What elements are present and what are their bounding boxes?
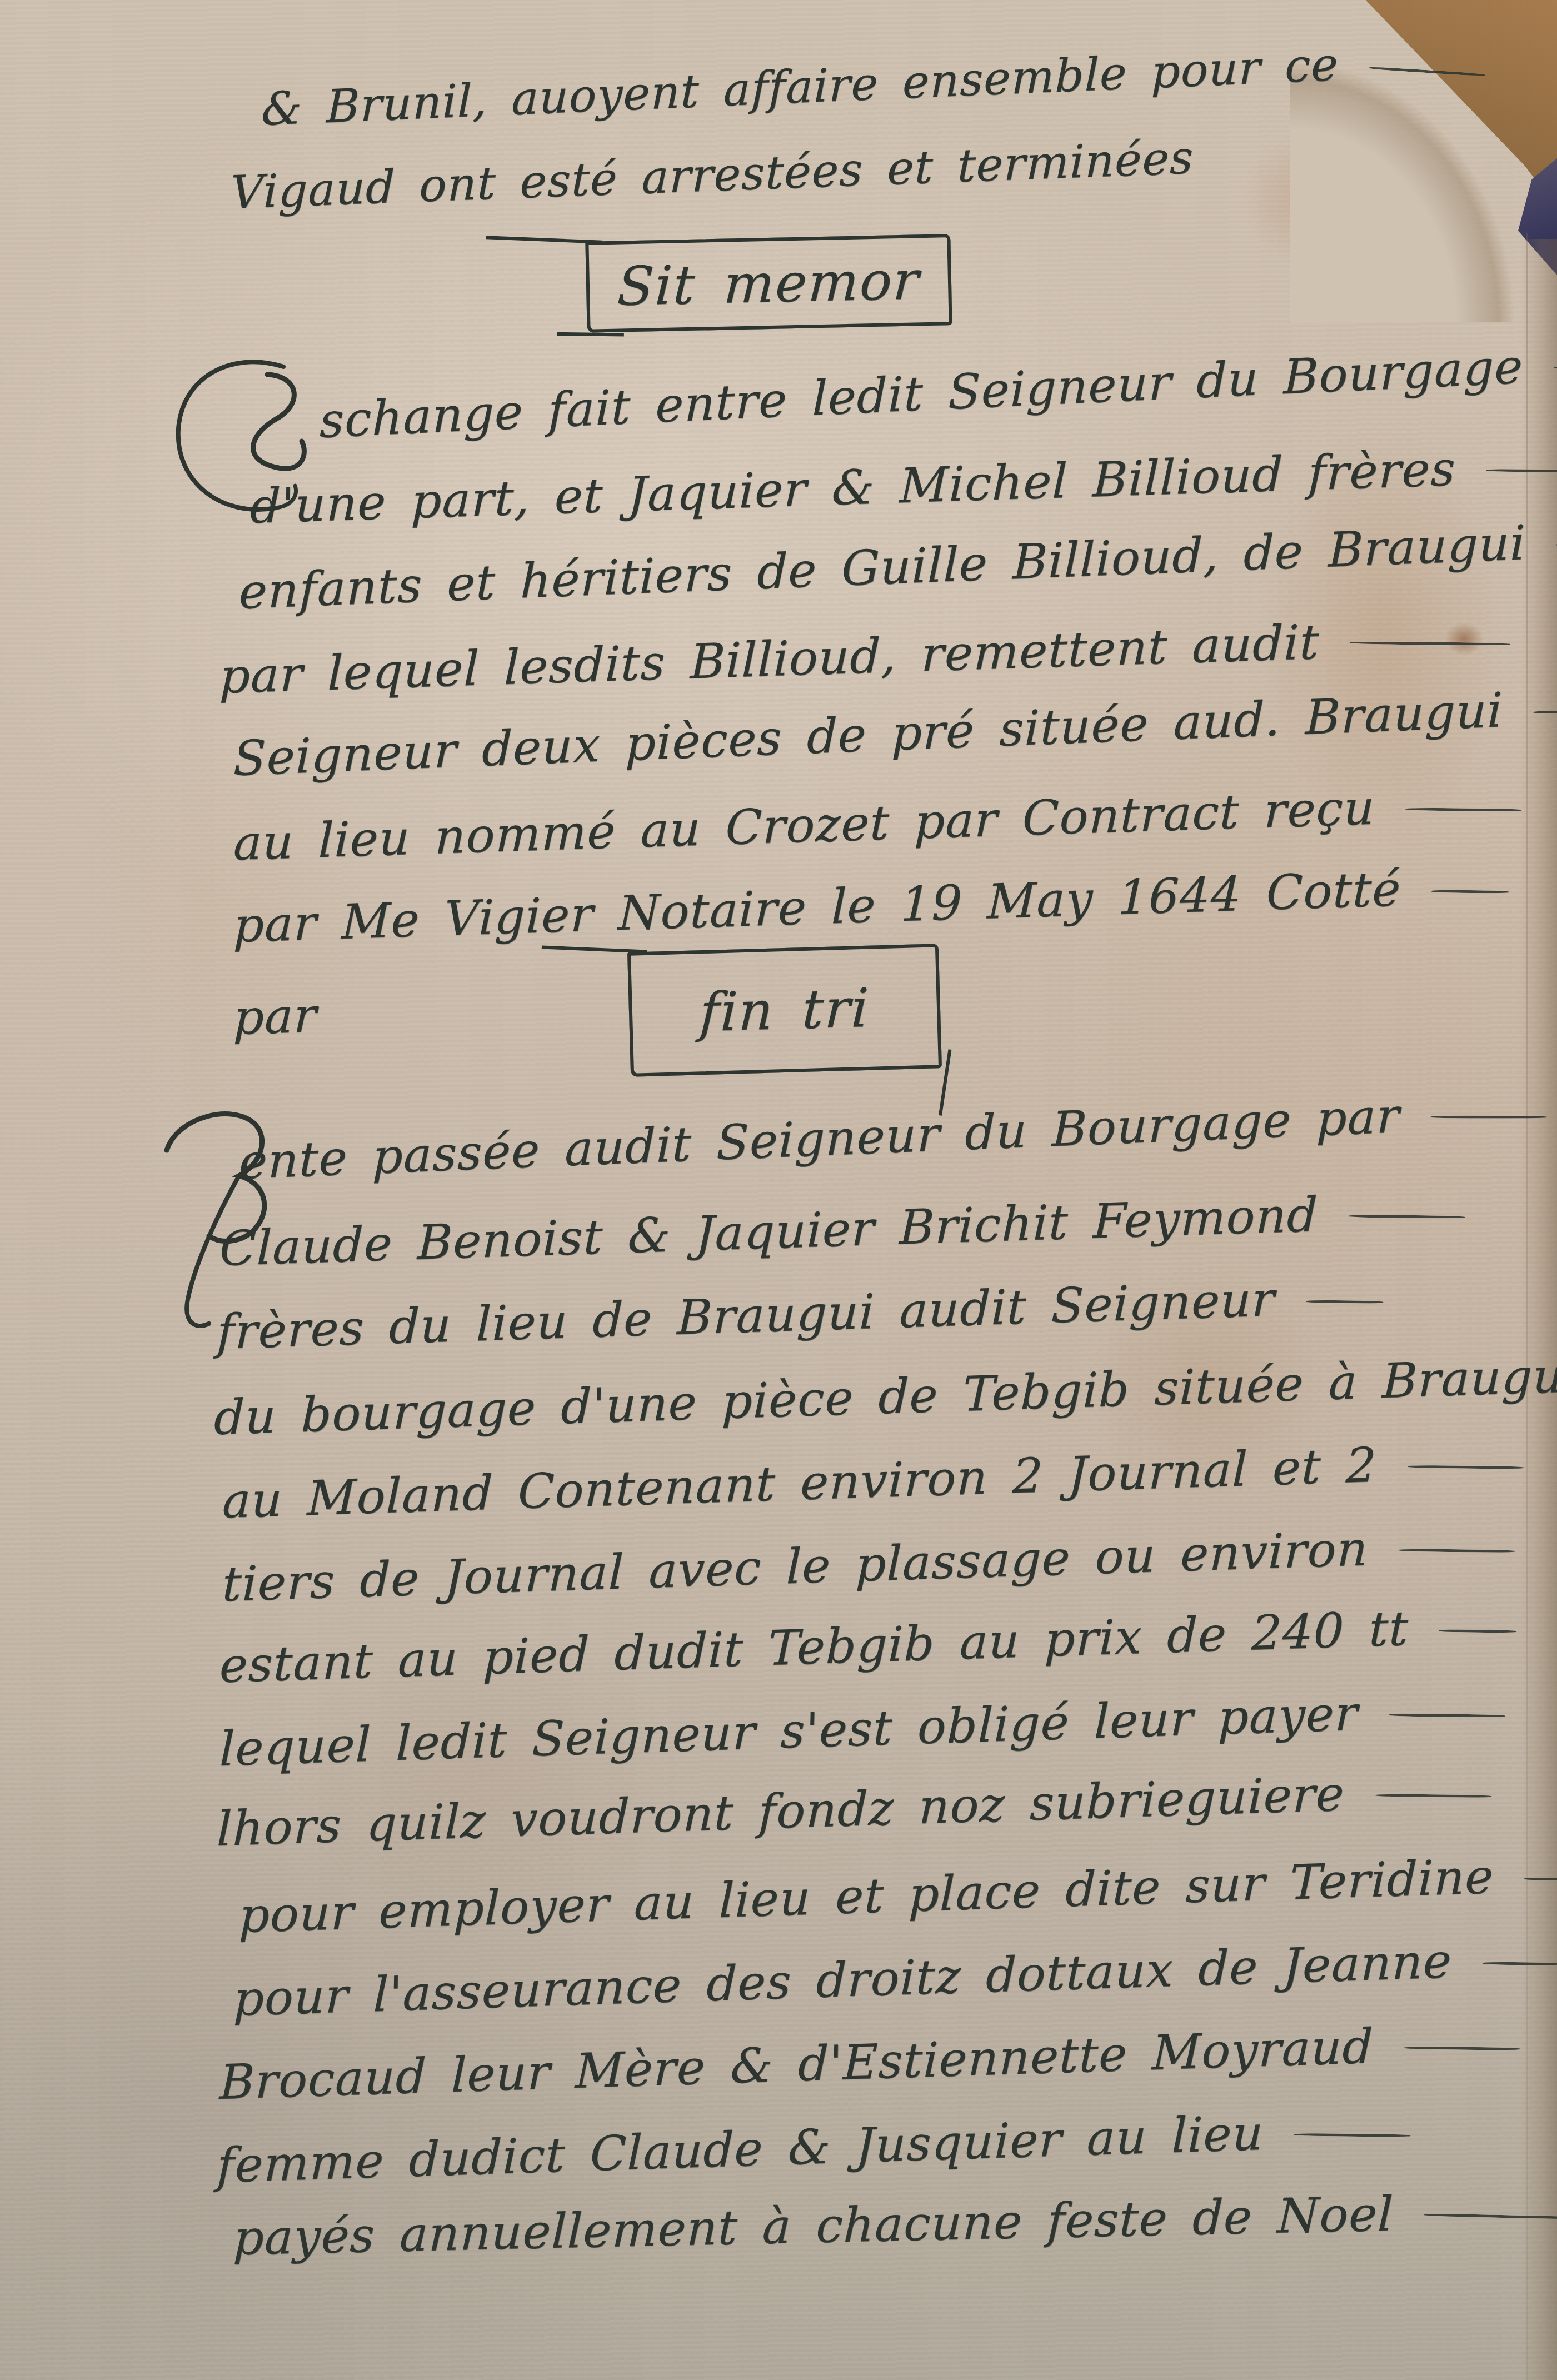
line-end-stroke	[1305, 1300, 1383, 1303]
line-end-stroke	[1369, 66, 1485, 76]
line-end-stroke	[1349, 1215, 1465, 1219]
line-end-stroke	[1399, 1549, 1515, 1553]
entry1-line-par: par	[233, 982, 318, 1051]
line-end-stroke	[1439, 1629, 1517, 1633]
boxed-heading-fin-tri: fin tri	[627, 944, 942, 1077]
line-end-stroke	[1486, 469, 1557, 473]
line-end-stroke	[1294, 2133, 1411, 2137]
line-end-stroke	[1554, 366, 1557, 369]
line-end-stroke	[1375, 1794, 1492, 1798]
entry1-line: schange fait entre ledit Seigneur du Bou…	[320, 327, 1557, 455]
line-end-stroke	[1430, 1115, 1547, 1118]
boxed-heading-sit-memor: Sit memor	[585, 234, 952, 333]
line-end-stroke	[1404, 2047, 1520, 2050]
manuscript-page: & Brunil, auoyent affaire ensemble pour …	[0, 0, 1557, 2380]
line-end-stroke	[1350, 641, 1511, 646]
entry2-line: frères du lieu de Braugui audit Seigneur	[216, 1263, 1384, 1366]
line-end-stroke	[1407, 1465, 1524, 1469]
line-end-stroke	[1389, 1713, 1505, 1717]
entry2-line: ente passée audit Seigneur du Bourgage p…	[238, 1076, 1547, 1196]
line-end-stroke	[1483, 1962, 1557, 1965]
line-end-stroke	[1524, 1877, 1557, 1880]
line-end-stroke	[1424, 2213, 1557, 2219]
header-line-2: Vigaud ont esté arrestées et terminées	[230, 124, 1194, 227]
line-end-stroke	[1431, 890, 1509, 893]
line-end-stroke	[1405, 807, 1522, 811]
line-end-stroke	[1533, 711, 1557, 714]
